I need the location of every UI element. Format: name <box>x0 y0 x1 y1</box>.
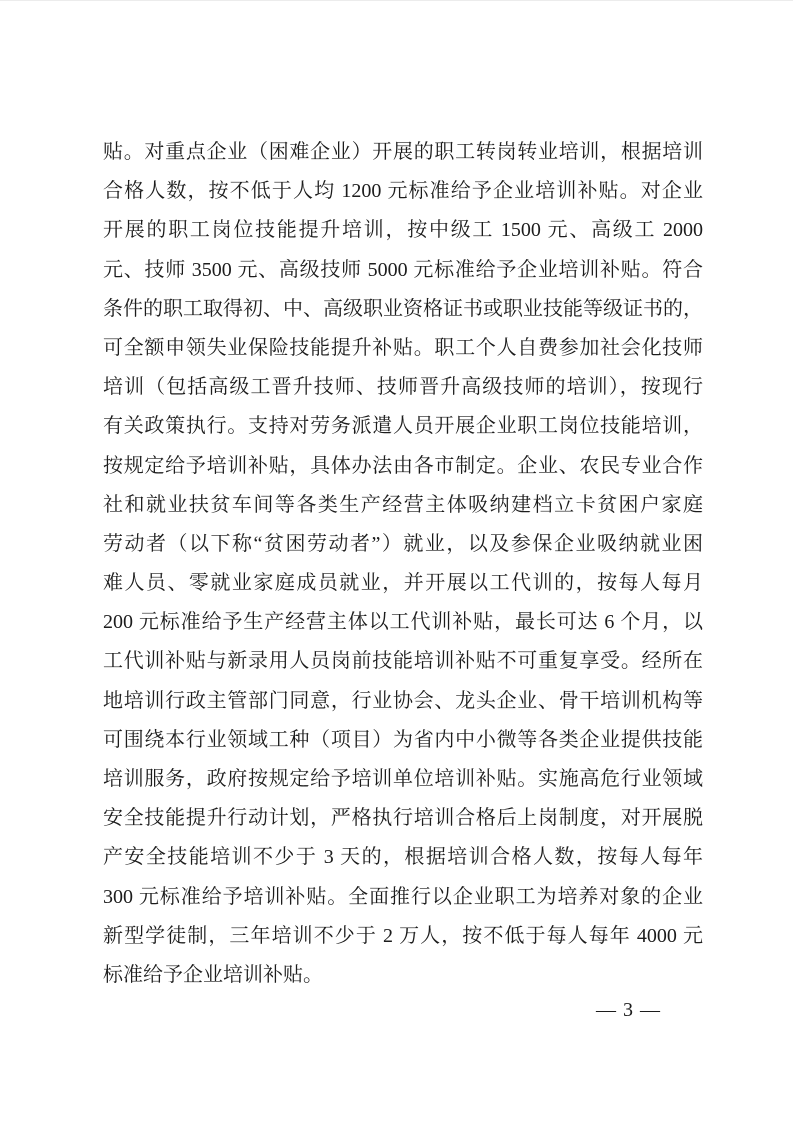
text-line: 安全技能提升行动计划，严格执行培训合格后上岗制度，对开展脱 <box>103 799 703 838</box>
text-line: 培训（包括高级工晋升技师、技师晋升高级技师的培训），按现行 <box>103 368 703 407</box>
text-line: 地培训行政主管部门同意，行业协会、龙头企业、骨干培训机构等 <box>103 682 703 721</box>
body-text: 贴。对重点企业（困难企业）开展的职工转岗转业培训，根据培训 合格人数，按不低于人… <box>103 133 703 995</box>
text-line: 新型学徒制，三年培训不少于 2 万人，按不低于每人每年 4000 元 <box>103 917 703 956</box>
text-line: 培训服务，政府按规定给予培训单位培训补贴。实施高危行业领域 <box>103 760 703 799</box>
text-line: 贴。对重点企业（困难企业）开展的职工转岗转业培训，根据培训 <box>103 133 703 172</box>
page-number: — 3 — <box>596 999 686 1022</box>
text-line: 社和就业扶贫车间等各类生产经营主体吸纳建档立卡贫困户家庭 <box>103 486 703 525</box>
text-line: 难人员、零就业家庭成员就业，并开展以工代训的，按每人每月 <box>103 564 703 603</box>
text-line: 开展的职工岗位技能提升培训，按中级工 1500 元、高级工 2000 <box>103 211 703 250</box>
text-line: 产安全技能培训不少于 3 天的，根据培训合格人数，按每人每年 <box>103 838 703 877</box>
text-line: 工代训补贴与新录用人员岗前技能培训补贴不可重复享受。经所在 <box>103 642 703 681</box>
text-line: 200 元标准给予生产经营主体以工代训补贴，最长可达 6 个月，以 <box>103 603 703 642</box>
text-line: 可全额申领失业保险技能提升补贴。职工个人自费参加社会化技师 <box>103 329 703 368</box>
text-line: 元、技师 3500 元、高级技师 5000 元标准给予企业培训补贴。符合 <box>103 251 703 290</box>
text-line: 标准给予企业培训补贴。 <box>103 956 703 995</box>
document-page: 贴。对重点企业（困难企业）开展的职工转岗转业培训，根据培训 合格人数，按不低于人… <box>0 0 793 1122</box>
text-line: 可围绕本行业领域工种（项目）为省内中小微等各类企业提供技能 <box>103 721 703 760</box>
text-line: 有关政策执行。支持对劳务派遣人员开展企业职工岗位技能培训， <box>103 407 703 446</box>
text-line: 劳动者（以下称“贫困劳动者”）就业，以及参保企业吸纳就业困 <box>103 525 703 564</box>
text-line: 条件的职工取得初、中、高级职业资格证书或职业技能等级证书的， <box>103 290 703 329</box>
text-line: 合格人数，按不低于人均 1200 元标准给予企业培训补贴。对企业 <box>103 172 703 211</box>
text-line: 按规定给予培训补贴，具体办法由各市制定。企业、农民专业合作 <box>103 447 703 486</box>
text-line: 300 元标准给予培训补贴。全面推行以企业职工为培养对象的企业 <box>103 878 703 917</box>
